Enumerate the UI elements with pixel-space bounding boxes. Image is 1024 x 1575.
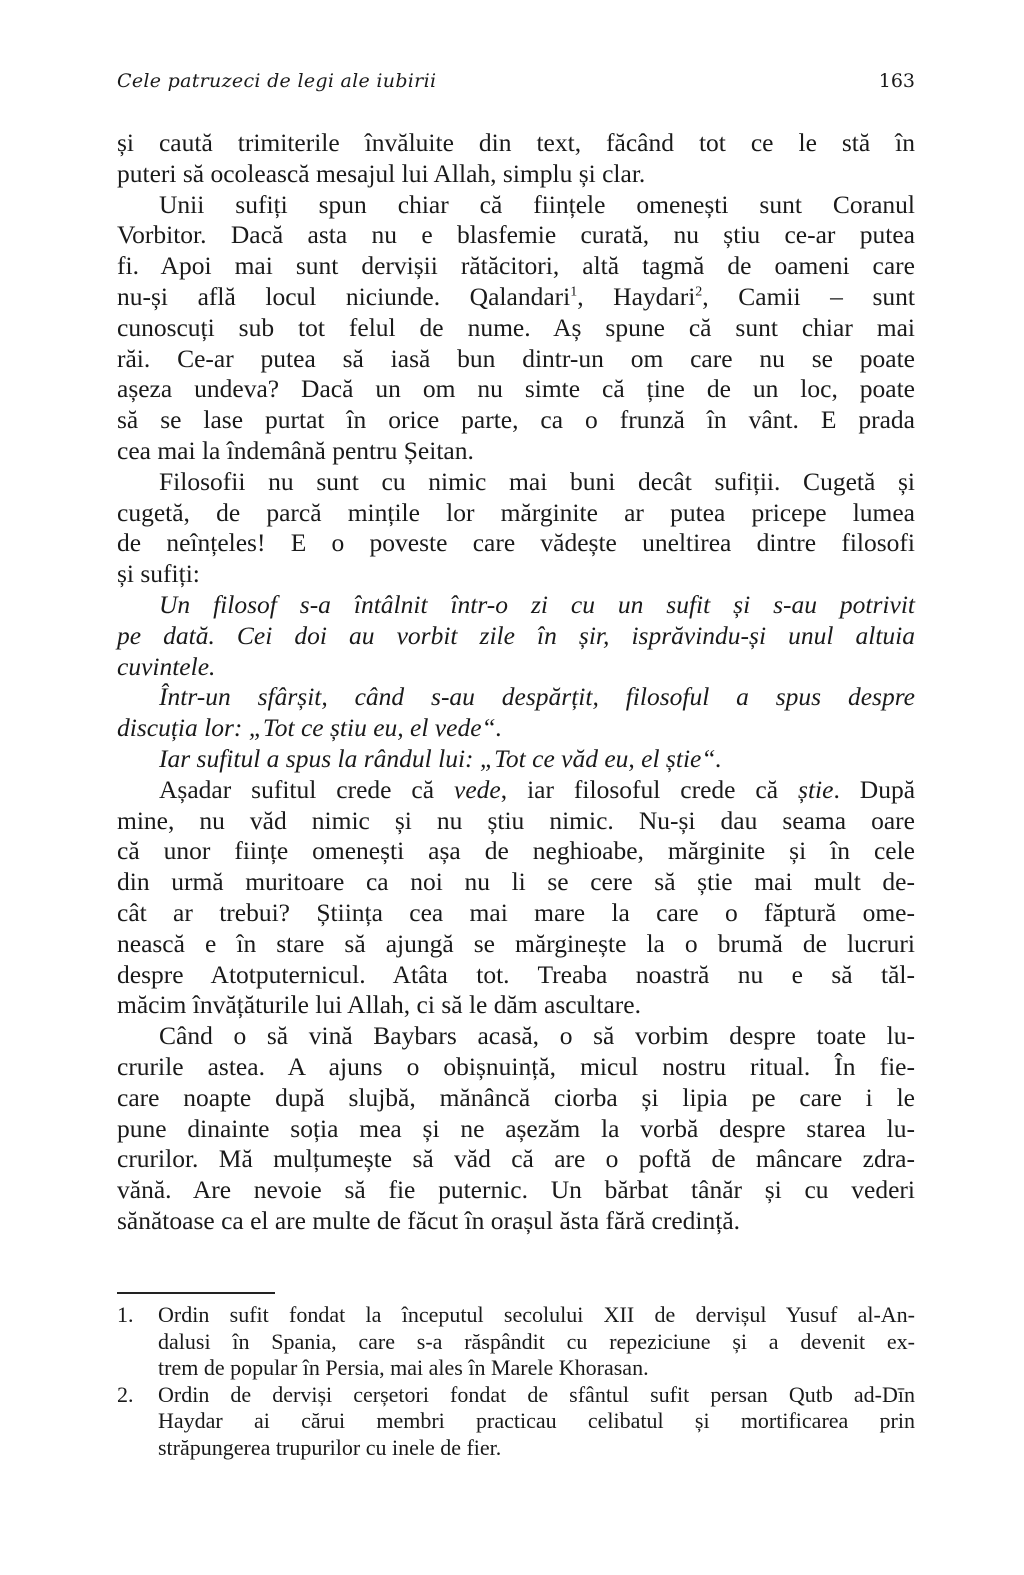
story-line: Iar sufitul a spus la rândul lui: „Tot c…: [117, 744, 915, 775]
text-line: măcim învățăturile lui Allah, ci să le d…: [117, 990, 915, 1021]
text-line: cât ar trebui? Știința cea mai mare la c…: [117, 898, 915, 929]
story-line: discuția lor: „Tot ce știu eu, el vede“.: [117, 713, 915, 744]
story-line: Într-un sfârșit, când s-au despărțit, fi…: [117, 682, 915, 713]
footnote-1: 1. Ordin sufit fondat la începutul secol…: [117, 1302, 915, 1382]
text-line: care noapte după slujbă, mănâncă ciorba …: [117, 1083, 915, 1114]
text-line: crurilor. Mă mulțumește să văd că are o …: [117, 1144, 915, 1175]
text-fragment: , Haydari: [577, 282, 695, 311]
text-line: vănă. Are nevoie să fie puternic. Un băr…: [117, 1175, 915, 1206]
text-line: pune dinainte soția mea și ne așezăm la …: [117, 1114, 915, 1145]
story-line: cuvintele.: [117, 652, 915, 683]
text-line: cea mai la îndemână pentru Șeitan.: [117, 436, 915, 467]
footnote-line: trem de popular în Persia, mai ales în M…: [158, 1355, 915, 1382]
footnote-line: Ordin sufit fondat la începutul secolulu…: [158, 1302, 915, 1329]
text-line: Filosofii nu sunt cu nimic mai buni decâ…: [117, 467, 915, 498]
footnotes: 1. Ordin sufit fondat la începutul secol…: [117, 1302, 915, 1461]
text-line: așeza undeva? Dacă un om nu simte că țin…: [117, 374, 915, 405]
text-line: și sufiți:: [117, 559, 915, 590]
text-line: puteri să ocolească mesajul lui Allah, s…: [117, 159, 915, 190]
footnote-separator: [117, 1292, 275, 1294]
footnote-2: 2. Ordin de derviși cerșetori fondat de …: [117, 1382, 915, 1462]
text-line: sănătoase ca el are multe de făcut în or…: [117, 1206, 915, 1237]
footnote-number: 2.: [117, 1382, 134, 1409]
running-title: Cele patruzeci de legi ale iubirii: [117, 70, 436, 92]
text-fragment: , Camii – sunt: [702, 282, 915, 311]
text-line: cugetă, de parcă mințile lor mărginite a…: [117, 498, 915, 529]
text-fragment: , iar filosoful crede că: [501, 775, 798, 804]
text-line: crurile astea. A ajuns o obișnuință, mic…: [117, 1052, 915, 1083]
text-line: de neînțeles! E o poveste care vădește u…: [117, 528, 915, 559]
emphasis-vede: vede: [454, 775, 501, 804]
footnote-line: Haydar ai cărui membri practicau celibat…: [158, 1408, 915, 1435]
text-fragment: nu-și află locul niciunde. Qalandari: [117, 282, 570, 311]
text-line: nească e în stare să ajungă se mărgineșt…: [117, 929, 915, 960]
text-line: despre Atotputernicul. Atâta tot. Treaba…: [117, 960, 915, 991]
footnote-number: 1.: [117, 1302, 134, 1329]
text-line: răi. Ce-ar putea să iasă bun dintr-un om…: [117, 344, 915, 375]
text-line: mine, nu văd nimic și nu știu nimic. Nu-…: [117, 806, 915, 837]
text-line: și caută trimiterile învăluite din text,…: [117, 128, 915, 159]
emphasis-stie: știe: [798, 775, 833, 804]
footnote-line: Ordin de derviși cerșetori fondat de sfâ…: [158, 1382, 915, 1409]
text-line: că unor ființe omenești așa de neghioabe…: [117, 836, 915, 867]
text-line: să se lase purtat în orice parte, ca o f…: [117, 405, 915, 436]
text-line: Când o să vină Baybars acasă, o să vorbi…: [117, 1021, 915, 1052]
text-fragment: Așadar sufitul crede că: [159, 775, 454, 804]
page-header: Cele patruzeci de legi ale iubirii 163: [117, 70, 915, 100]
text-line: Vorbitor. Dacă asta nu e blasfemie curat…: [117, 220, 915, 251]
book-page: Cele patruzeci de legi ale iubirii 163 ș…: [0, 0, 1024, 1575]
text-line-footnote-refs: nu-și află locul niciunde. Qalandari1, H…: [117, 282, 915, 313]
text-fragment: . După: [833, 775, 915, 804]
page-number: 163: [879, 70, 915, 92]
text-line-emphasis: Așadar sufitul crede că vede, iar filoso…: [117, 775, 915, 806]
story-line: pe dată. Cei doi au vorbit zile în șir, …: [117, 621, 915, 652]
text-line: fi. Apoi mai sunt dervișii rătăcitori, a…: [117, 251, 915, 282]
story-line: Un filosof s-a întâlnit într-o zi cu un …: [117, 590, 915, 621]
footnote-line: dalusi în Spania, care s-a răspândit cu …: [158, 1329, 915, 1356]
body-text: și caută trimiterile învăluite din text,…: [117, 128, 915, 1237]
text-line: din urmă muritoare ca noi nu li se cere …: [117, 867, 915, 898]
text-line: cunoscuți sub tot felul de nume. Aș spun…: [117, 313, 915, 344]
footnote-line: străpungerea trupurilor cu inele de fier…: [158, 1435, 915, 1462]
text-line: Unii sufiți spun chiar că ființele omene…: [117, 190, 915, 221]
